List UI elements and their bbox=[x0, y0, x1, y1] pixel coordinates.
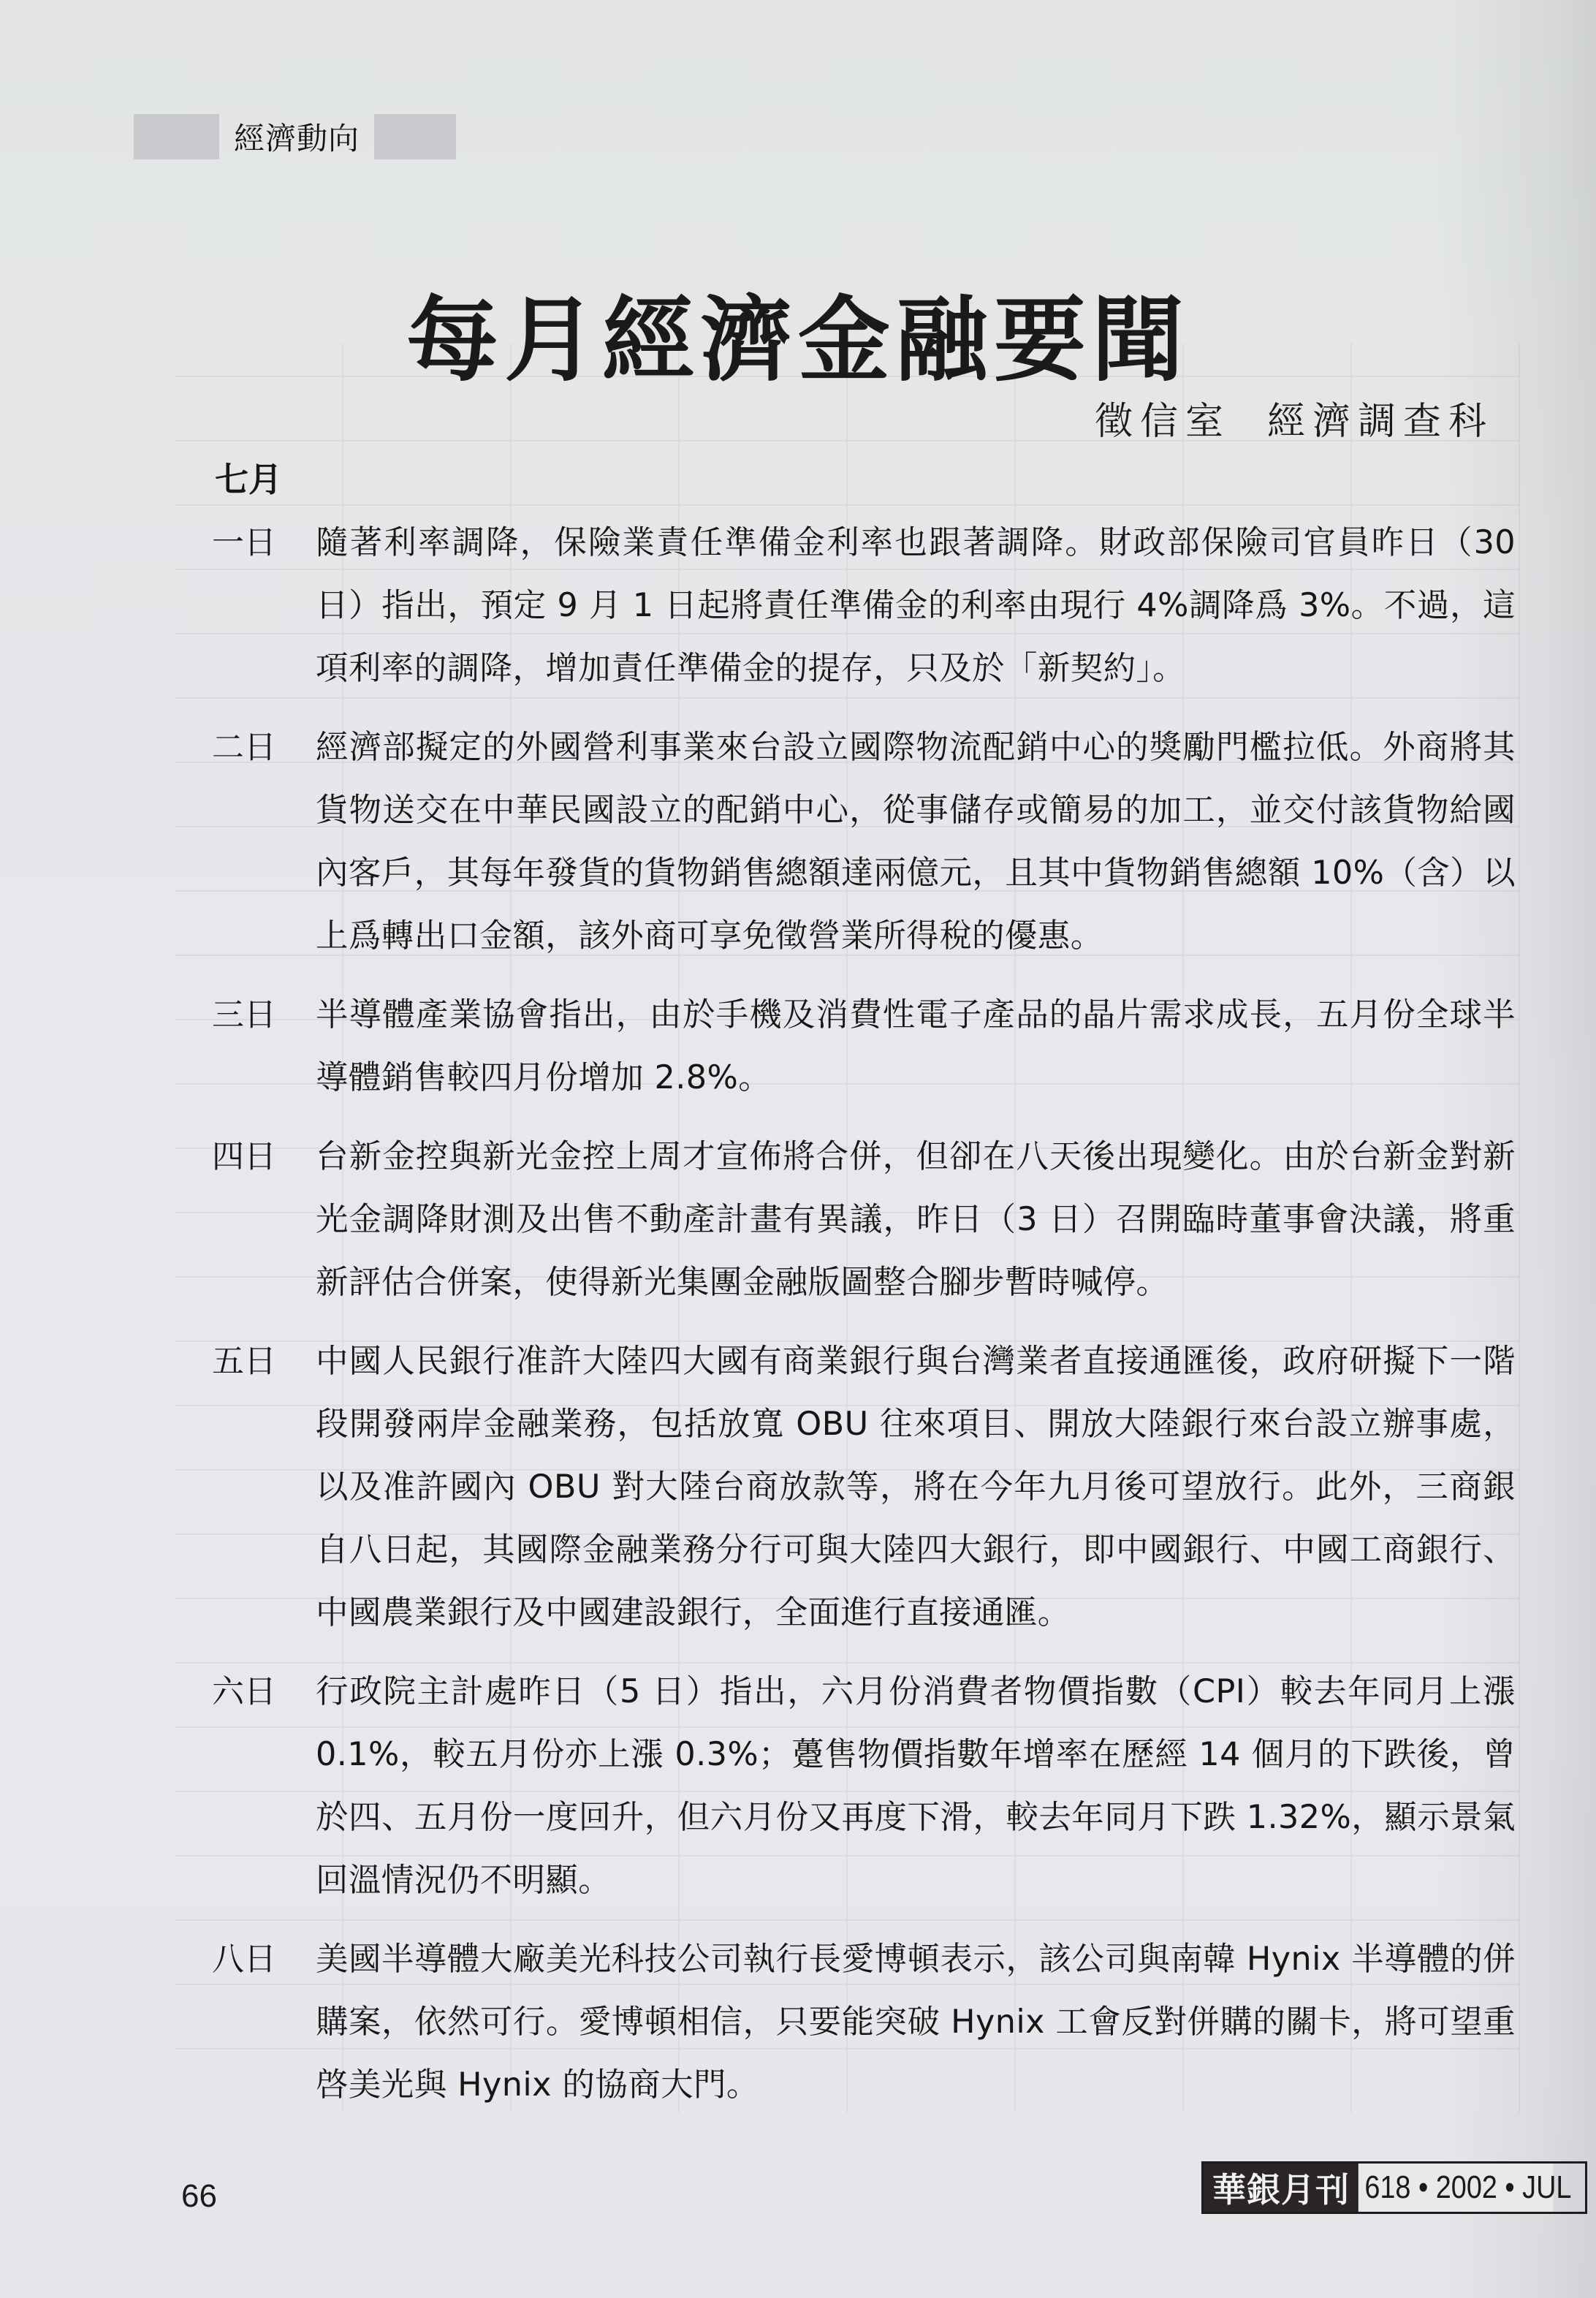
entry-day: 八日 bbox=[212, 1928, 316, 2117]
section-label: 經濟動向 bbox=[234, 115, 360, 159]
byline: 徵信室經濟調查科 bbox=[1095, 390, 1494, 445]
news-entry: 六日 行政院主計處昨日（5 日）指出，六月份消費者物價指數（CPI）較去年同月上… bbox=[212, 1661, 1516, 1912]
news-entry: 四日 台新金控與新光金控上周才宣佈將合併，但卻在八天後出現變化。由於台新金對新光… bbox=[212, 1126, 1516, 1314]
entry-day: 三日 bbox=[212, 984, 316, 1110]
entry-text: 中國人民銀行准許大陸四大國有商業銀行與台灣業者直接通匯後，政府研擬下一階段開發兩… bbox=[316, 1330, 1516, 1645]
month-heading: 七月 bbox=[215, 453, 282, 501]
entry-text: 經濟部擬定的外國營利事業來台設立國際物流配銷中心的獎勵門檻拉低。外商將其貨物送交… bbox=[316, 716, 1516, 968]
section-bar-left bbox=[134, 114, 219, 159]
publication-masthead: 華銀月刊 618 • 2002 • JUL bbox=[1201, 2161, 1587, 2214]
issue-info: 618 • 2002 • JUL bbox=[1357, 2164, 1553, 2212]
entry-day: 六日 bbox=[212, 1661, 316, 1912]
news-entry: 二日 經濟部擬定的外國營利事業來台設立國際物流配銷中心的獎勵門檻拉低。外商將其貨… bbox=[212, 716, 1516, 968]
magazine-page: 經濟動向 每月經濟金融要聞 徵信室經濟調查科 七月 一日 隨著利率調降，保險業責… bbox=[0, 0, 1596, 2298]
section-header: 經濟動向 bbox=[134, 113, 456, 160]
entry-day: 五日 bbox=[212, 1330, 316, 1645]
news-entry: 八日 美國半導體大廠美光科技公司執行長愛博頓表示，該公司與南韓 Hynix 半導… bbox=[212, 1928, 1516, 2117]
article-title: 每月經濟金融要聞 bbox=[0, 294, 1596, 386]
entry-day: 一日 bbox=[212, 512, 316, 700]
entry-text: 隨著利率調降，保險業責任準備金利率也跟著調降。財政部保險司官員昨日（30日）指出… bbox=[316, 512, 1516, 700]
section-bar-right bbox=[374, 114, 456, 159]
news-entry: 五日 中國人民銀行准許大陸四大國有商業銀行與台灣業者直接通匯後，政府研擬下一階段… bbox=[212, 1330, 1516, 1645]
entry-day: 二日 bbox=[212, 716, 316, 968]
byline-department: 徵信室 bbox=[1095, 400, 1231, 444]
news-entry: 三日 半導體產業協會指出，由於手機及消費性電子產品的晶片需求成長，五月份全球半導… bbox=[212, 984, 1516, 1110]
entry-text: 行政院主計處昨日（5 日）指出，六月份消費者物價指數（CPI）較去年同月上漲 0… bbox=[316, 1661, 1516, 1912]
page-number: 66 bbox=[181, 2178, 217, 2215]
entry-text: 半導體產業協會指出，由於手機及消費性電子產品的晶片需求成長，五月份全球半導體銷售… bbox=[316, 984, 1516, 1110]
byline-division: 經濟調查科 bbox=[1267, 400, 1494, 444]
entry-text: 台新金控與新光金控上周才宣佈將合併，但卻在八天後出現變化。由於台新金對新光金調降… bbox=[316, 1126, 1516, 1314]
entry-text: 美國半導體大廠美光科技公司執行長愛博頓表示，該公司與南韓 Hynix 半導體的併… bbox=[316, 1928, 1516, 2117]
news-entry: 一日 隨著利率調降，保險業責任準備金利率也跟著調降。財政部保險司官員昨日（30日… bbox=[212, 512, 1516, 700]
news-list: 一日 隨著利率調降，保險業責任準備金利率也跟著調降。財政部保險司官員昨日（30日… bbox=[212, 512, 1516, 2133]
publication-name: 華銀月刊 bbox=[1204, 2164, 1357, 2212]
entry-day: 四日 bbox=[212, 1126, 316, 1314]
